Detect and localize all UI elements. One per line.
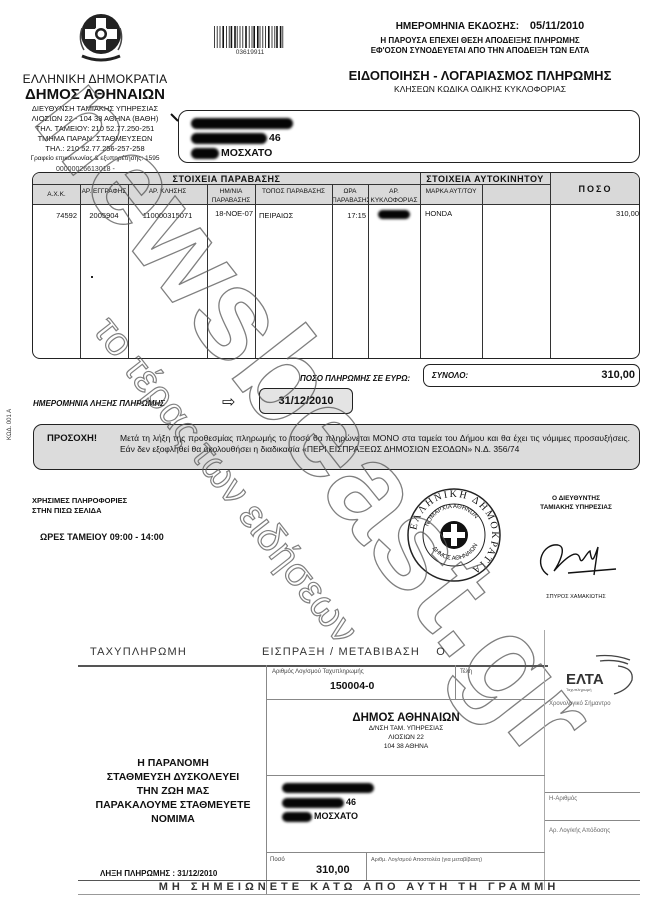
ink-dot: [91, 276, 93, 278]
recipient-address-box: 46 ΜΟΣΧΑΤΟ: [178, 110, 640, 163]
arrow-right-icon: ⇨: [222, 392, 235, 412]
group-header-violation: ΣΤΟΙΧΕΙΑ ΠΑΡΑΒΑΣΗΣ: [33, 173, 420, 185]
slip-title-mark: Ο: [436, 646, 446, 658]
warning-text: Μετά τη λήξη της προθεσμίας πληρωμής το …: [120, 433, 630, 454]
cell-location: ΠΕΙΡΑΙΩΣ: [259, 211, 329, 220]
cell-make: HONDA: [425, 209, 480, 218]
useful-info: ΧΡΗΣΙΜΕΣ ΠΛΗΡΟΦΟΡΙΕΣ ΣΤΗΝ ΠΙΣΩ ΣΕΛΙΔΑ: [32, 496, 127, 516]
notice-subtitle: ΚΛΗΣΕΩΝ ΚΩΔΙΚΑ ΟΔΙΚΗΣ ΚΥΚΛΟΦΟΡΙΑΣ: [320, 84, 640, 94]
slip-divider: [266, 699, 545, 700]
receipt-note-line: ΕΦ'ΟΣΟΝ ΣΥΝΟΔΕΥΕΤΑΙ ΑΠΟ ΤΗΝ ΑΠΟΔΕΙΞΗ ΤΩΝ…: [320, 46, 640, 56]
do-not-write-footer: ΜΗ ΣΗΜΕΙΩΝΕΤΕ ΚΑΤΩ ΑΠΟ ΑΥΤΗ ΤΗ ΓΡΑΜΜΗ: [78, 880, 640, 895]
useful-info-line: ΧΡΗΣΙΜΕΣ ΠΛΗΡΟΦΟΡΙΕΣ: [32, 496, 127, 506]
office-line: ΤΗΛ. ΤΑΜΕΙΟΥ: 210 52.77.250-251: [0, 124, 190, 134]
payment-amount-label: ΠΟΣΟ ΠΛΗΡΩΜΗΣ ΣΕ ΕΥΡΩ:: [300, 374, 410, 383]
office-contact-block: ΔΙΕΥΘΥΝΣΗ ΤΑΜΙΑΚΗΣ ΥΠΗΡΕΣΙΑΣ ΛΙΟΣΙΩΝ 22 …: [0, 104, 190, 164]
coat-of-arms-icon: [70, 10, 132, 70]
office-line: ΔΙΕΥΘΥΝΣΗ ΤΑΜΙΑΚΗΣ ΥΠΗΡΕΣΙΑΣ: [0, 104, 190, 114]
account-value: 150004-0: [330, 680, 374, 692]
total-value: 310,00: [601, 369, 635, 381]
receipt-note-line: Η ΠΑΡΟΥΣΑ ΕΠΕΧΕΙ ΘΕΣΗ ΑΠΟΔΕΙΞΗΣ ΠΛΗΡΩΜΗΣ: [320, 36, 640, 46]
cell-amount: 310,00: [550, 209, 639, 218]
signature-icon: [528, 535, 624, 583]
svg-text:ΕΛΤΑ: ΕΛΤΑ: [566, 671, 604, 688]
warning-box: ΠΡΟΣΟΧΗ! Μετά τη λήξη της προθεσμίας πλη…: [33, 424, 640, 470]
director-title-line: ΤΑΜΙΑΚΗΣ ΥΠΗΡΕΣΙΑΣ: [515, 503, 637, 512]
slip-amount-label: Ποσό: [270, 857, 285, 863]
redacted-name: [191, 118, 293, 129]
slip-title-collection-text: ΕΙΣΠΡΑΞΗ / ΜΕΤΑΒΙΒΑΣΗ: [262, 646, 420, 658]
payee-block: ΔΗΜΟΣ ΑΘΗΝΑΙΩΝ Δ/ΝΣΗ ΤΑΜ. ΥΠΗΡΕΣΙΑΣ ΛΙΟΣ…: [266, 712, 546, 751]
pencil-mark-icon: [170, 113, 180, 123]
payee-line: 104 38 ΑΘΗΝΑ: [266, 742, 546, 751]
cell-date: 18-ΝΟΕ-07: [207, 209, 253, 218]
redacted-street: [282, 798, 344, 808]
col-header-time: ΩΡΑ ΠΑΡΑΒΑΣΗΣ: [332, 185, 368, 205]
cell-registration: 2005904: [80, 211, 128, 220]
office-line: Γραφείο επικοινωνίας & εξυπηρέτησης: 159…: [0, 154, 190, 164]
svg-text:Ταχυπληρωμή: Ταχυπληρωμή: [566, 687, 592, 692]
postmark-label: Χρονολογικό Σήμαντρο: [549, 701, 611, 707]
municipality-name: ΔΗΜΟΣ ΑΘΗΝΑΙΩΝ: [0, 86, 190, 103]
sender-account-label: Αριθμ. Λογ/σμού Αποστολέα (για μεταβίβασ…: [371, 857, 482, 863]
payee-line: Δ/ΝΣΗ ΤΑΜ. ΥΠΗΡΕΣΙΑΣ: [266, 724, 546, 733]
office-line: ΤΜΗΜΑ ΠΑΡΑΝ. ΣΤΑΘΜΕΥΣΕΩΝ: [0, 134, 190, 144]
redacted-postcode: [282, 812, 312, 822]
slip-divider: [366, 852, 367, 880]
barcode-number: 03619911: [213, 49, 287, 56]
payee-line: ΛΙΟΣΙΩΝ 22: [266, 733, 546, 742]
slogan-line: ΤΗΝ ΖΩΗ ΜΑΣ: [80, 784, 266, 798]
cell-citation: 110000315071: [128, 211, 207, 220]
col-header-citation: ΑΡ. ΚΛΗΣΗΣ: [128, 185, 207, 205]
fees-label: Τέλη: [460, 669, 472, 675]
payee-name: ΔΗΜΟΣ ΑΘΗΝΑΙΩΝ: [266, 712, 546, 724]
h-number-label: Η-Αριθμός: [549, 796, 577, 802]
useful-info-line: ΣΤΗΝ ΠΙΣΩ ΣΕΛΙΔΑ: [32, 506, 127, 516]
office-line: ΛΙΟΣΙΩΝ 22 - 104 38 ΑΘΗΝΑ (ΒΑΘΗ): [0, 114, 190, 124]
account-label: Αριθμός Λογ/σμού Ταχυπληρωμής: [272, 669, 364, 675]
parking-slogan: Η ΠΑΡΑΝΟΜΗ ΣΤΑΘΜΕΥΣΗ ΔΥΣΚΟΛΕΥΕΙ ΤΗΝ ΖΩΗ …: [80, 756, 266, 826]
office-line: ΤΗΛ.: 210 52.77.256-257-258: [0, 144, 190, 154]
total-label: ΣΥΝΟΛΟ:: [432, 371, 468, 380]
violation-table: ΣΤΟΙΧΕΙΑ ΠΑΡΑΒΑΣΗΣ ΣΤΟΙΧΕΙΑ ΑΥΤΟΚΙΝΗΤΟΥ …: [32, 172, 640, 359]
issue-date-value: 05/11/2010: [530, 20, 584, 32]
due-date-box: 31/12/2010: [259, 388, 353, 414]
cell-time: 17:15: [332, 211, 366, 220]
slip-title-express: ΤΑΧΥΠΛΗΡΩΜΗ: [90, 646, 187, 658]
slip-due-date: ΛΗΞΗ ΠΛΗΡΩΜΗΣ : 31/12/2010: [100, 869, 217, 878]
slip-address-city: ΜΟΣΧΑΤΟ: [314, 811, 358, 821]
slogan-line: Η ΠΑΡΑΝΟΜΗ: [80, 756, 266, 770]
slogan-line: ΠΑΡΑΚΑΛΟΥΜΕ ΣΤΑΘΜΕΥΕΤΕ: [80, 798, 266, 812]
slip-amount-value: 310,00: [316, 864, 350, 876]
signatory-name: ΣΠΥΡΟΣ ΧΑΜΑΚΙΩΤΗΣ: [515, 594, 637, 600]
slip-address-number: 46: [346, 797, 356, 807]
group-header-vehicle: ΣΤΟΙΧΕΙΑ ΑΥΤΟΚΙΝΗΤΟΥ: [420, 173, 550, 185]
redacted-name: [282, 783, 374, 793]
col-header-spacer: [482, 185, 550, 205]
slip-divider: [544, 630, 545, 890]
col-header-plate: ΑΡ. ΚΥΚΛΟΦΟΡΙΑΣ: [368, 185, 420, 205]
remittance-account-label: Αρ. Λογ/κής Απόδοσης: [549, 828, 610, 834]
barcode-icon: [213, 26, 287, 48]
col-header-registration: ΑΡ. ΕΓΓΡΑΦΗΣ: [80, 185, 128, 205]
elta-logo-icon: ΕΛΤΑ Ταχυπληρωμή: [560, 652, 640, 696]
issue-date: ΗΜΕΡΟΜΗΝΙΑ ΕΚΔΟΣΗΣ: 05/11/2010: [340, 20, 640, 32]
slip-divider: [78, 665, 548, 667]
slip-divider: [266, 775, 545, 776]
svg-text:το τέρας των ειδήσεων: το τέρας των ειδήσεων: [85, 308, 367, 651]
slip-divider: [545, 792, 640, 793]
cell-axk: 74592: [33, 211, 77, 220]
address-number: 46: [269, 132, 281, 144]
director-title-line: Ο ΔΙΕΥΘΥΝΤΗΣ: [515, 494, 637, 503]
cashier-hours: ΩΡΕΣ ΤΑΜΕΙΟΥ 09:00 - 14:00: [40, 532, 164, 542]
amount-header: ΠΟΣΟ: [550, 173, 640, 205]
slogan-line: ΝΟΜΙΜΑ: [80, 812, 266, 826]
state-name: ΕΛΛΗΝΙΚΗ ΔΗΜΟΚΡΑΤΙΑ: [0, 72, 190, 86]
notice-title: ΕΙΔΟΠΟΙΗΣΗ - ΛΟΓΑΡΙΑΣΜΟΣ ΠΛΗΡΩΜΗΣ: [320, 68, 640, 83]
director-title: Ο ΔΙΕΥΘΥΝΤΗΣ ΤΑΜΙΑΚΗΣ ΥΠΗΡΕΣΙΑΣ: [515, 494, 637, 512]
col-header-date: ΗΜ/ΝΙΑ ΠΑΡΑΒΑΣΗΣ: [207, 185, 255, 205]
warning-title: ΠΡΟΣΟΧΗ!: [47, 433, 97, 444]
slip-title-collection: ΕΙΣΠΡΑΞΗ / ΜΕΤΑΒΙΒΑΣΗ Ο: [262, 646, 446, 658]
address-city: ΜΟΣΧΑΤΟ: [221, 147, 272, 159]
redacted-postcode: [191, 148, 219, 159]
slip-divider: [545, 820, 640, 821]
redacted-street: [191, 133, 267, 144]
form-code: ΚΩΔ. 001 Α: [7, 409, 13, 440]
slogan-line: ΣΤΑΘΜΕΥΣΗ ΔΥΣΚΟΛΕΥΕΙ: [80, 770, 266, 784]
slip-divider: [266, 852, 545, 853]
total-box: ΣΥΝΟΛΟ: 310,00: [423, 364, 640, 387]
redacted-plate: [378, 210, 410, 219]
col-header-axk: Α.Χ.Κ.: [33, 185, 80, 205]
slip-divider: [455, 665, 456, 699]
col-header-location: ΤΟΠΟΣ ΠΑΡΑΒΑΣΗΣ: [255, 185, 332, 205]
col-header-make: ΜΑΡΚΑ ΑΥΤ/ΤΟΥ: [420, 185, 482, 205]
receipt-note: Η ΠΑΡΟΥΣΑ ΕΠΕΧΕΙ ΘΕΣΗ ΑΠΟΔΕΙΞΗΣ ΠΛΗΡΩΜΗΣ…: [320, 36, 640, 56]
due-date-label: ΗΜΕΡΟΜΗΝΙΑ ΛΗΞΗΣ ΠΛΗΡΩΜΗΣ: [33, 399, 165, 408]
official-seal-icon: ΕΛΛΗΝΙΚΗ ΔΗΜΟΚΡΑΤΙΑ ΝΟΜΑΡΧΙΑ ΑΘΗΝΩΝ ΔΗΜΟ…: [405, 486, 503, 584]
issue-date-label: ΗΜΕΡΟΜΗΝΙΑ ΕΚΔΟΣΗΣ:: [396, 21, 519, 32]
